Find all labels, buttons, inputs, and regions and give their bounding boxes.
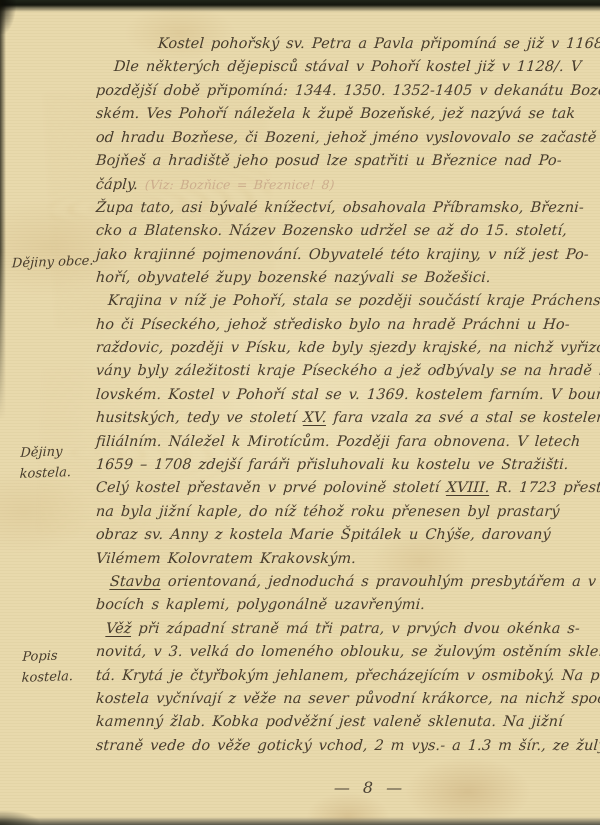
handwritten-text: XVIII.	[446, 480, 490, 496]
handwritten-text: pozdější době připomíná: 1344. 1350. 135…	[95, 83, 600, 99]
handwritten-text: raždovic, později v Písku, kde byly sjez…	[95, 340, 600, 356]
handwritten-text: Kostel pohořský sv. Petra a Pavla připom…	[157, 36, 600, 52]
manuscript-line: pozdější době připomíná: 1344. 1350. 135…	[95, 80, 600, 103]
manuscript-line: Věž při západní straně má tři patra, v p…	[95, 618, 600, 641]
handwritten-text: kamenný žlab. Kobka podvěžní jest valeně…	[95, 714, 563, 730]
manuscript-line: straně vede do věže gotický vchod, 2 m v…	[95, 735, 600, 758]
manuscript-line: lovském. Kostel v Pohoří stal se v. 1369…	[95, 384, 600, 407]
margin-note: Popiskostela.	[21, 645, 74, 689]
handwritten-text: bocích s kaplemi, polygonálně uzavřenými…	[95, 597, 425, 613]
manuscript-line: Župa tato, asi bývalé knížectví, obsahov…	[95, 197, 600, 220]
margin-note-line: Dějiny obce.	[12, 251, 94, 275]
handwritten-text: fara vzala za své a stal se kostelem	[326, 410, 600, 426]
margin-note: Dějinykostela.	[19, 441, 72, 485]
manuscript-line: husitských, tedy ve století XV. fara vza…	[95, 407, 600, 430]
handwritten-text: kostela vyčnívají z věže na sever původn…	[95, 691, 600, 707]
handwritten-text: na byla jižní kaple, do níž téhož roku p…	[95, 504, 560, 520]
handwritten-text: orientovaná, jednoduchá s pravouhlým pre…	[160, 574, 596, 590]
margin-note-line: kostela.	[21, 666, 73, 689]
margin-note-line: kostela.	[19, 462, 71, 485]
handwritten-text: lovském. Kostel v Pohoří stal se v. 1369…	[95, 387, 600, 403]
handwritten-text: husitských, tedy ve století	[95, 410, 304, 426]
manuscript-line: bocích s kaplemi, polygonálně uzavřenými…	[95, 594, 600, 617]
scan-edge-bottom	[0, 817, 600, 825]
scan-edge-left	[0, 0, 6, 420]
scan-edge-corner	[0, 811, 40, 825]
manuscript-line: Celý kostel přestavěn v prvé polovině st…	[95, 477, 600, 500]
manuscript-line: ském. Ves Pohoří náležela k župě Bozeňsk…	[95, 103, 600, 126]
manuscript-line: cko a Blatensko. Název Bozensko udržel s…	[95, 220, 600, 243]
manuscript-line: Bojňeš a hradiště jeho posud lze spatřit…	[95, 150, 600, 173]
manuscript-line: vány byly záležitosti kraje Píseckého a …	[95, 360, 600, 383]
manuscript-line: Dle některých dějepisců stával v Pohoří …	[95, 56, 600, 79]
faded-annotation: (Viz: Bozňice = Březnice! 8)	[144, 177, 335, 192]
manuscript-line: Stavba orientovaná, jednoduchá s pravouh…	[95, 571, 600, 594]
manuscript-page: Kostel pohořský sv. Petra a Pavla připom…	[0, 0, 600, 825]
handwritten-text: Bojňeš a hradiště jeho posud lze spatřit…	[95, 153, 562, 169]
text-block: Kostel pohořský sv. Petra a Pavla připom…	[95, 33, 600, 758]
handwritten-text: Věž	[105, 621, 132, 637]
handwritten-text: čáply.	[95, 177, 145, 193]
manuscript-line: čáply. (Viz: Bozňice = Březnice! 8)	[95, 173, 600, 196]
handwritten-text: 1659 – 1708 zdejší faráři přisluhovali k…	[95, 457, 569, 473]
manuscript-line: 1659 – 1708 zdejší faráři přisluhovali k…	[95, 454, 600, 477]
manuscript-line: Vilémem Kolovratem Krakovským.	[95, 548, 600, 571]
handwritten-text: ském. Ves Pohoří náležela k župě Bozeňsk…	[95, 106, 575, 122]
handwritten-text: Celý kostel přestavěn v prvé polovině st…	[95, 480, 447, 496]
handwritten-text: od hradu Bozňese, či Bozeni, jehož jméno…	[95, 130, 597, 146]
handwritten-text: Dle některých dějepisců stával v Pohoří …	[113, 59, 582, 75]
handwritten-text: Vilémem Kolovratem Krakovským.	[95, 551, 356, 567]
manuscript-line: hoří, obyvatelé župy bozenské nazývali s…	[95, 267, 600, 290]
handwritten-text: hoří, obyvatelé župy bozenské nazývali s…	[95, 270, 491, 286]
handwritten-text: obraz sv. Anny z kostela Marie Špitálek …	[95, 527, 551, 543]
manuscript-line: tá. Krytá je čtyřbokým jehlanem, přecház…	[95, 665, 600, 688]
handwritten-text: novitá, v 3. velká do lomeného oblouku, …	[95, 644, 600, 660]
handwritten-text: Stavba	[109, 574, 161, 590]
manuscript-line: od hradu Bozňese, či Bozeni, jehož jméno…	[95, 127, 600, 150]
handwritten-text: cko a Blatensko. Název Bozensko udržel s…	[95, 223, 567, 239]
handwritten-text: Župa tato, asi bývalé knížectví, obsahov…	[95, 200, 584, 216]
manuscript-line: filiálním. Náležel k Mirotícům. Později …	[95, 431, 600, 454]
handwritten-text: filiálním. Náležel k Mirotícům. Později …	[95, 434, 581, 450]
margin-note: Dějiny obce.	[12, 251, 94, 275]
manuscript-line: raždovic, později v Písku, kde byly sjez…	[95, 337, 600, 360]
handwritten-text: tá. Krytá je čtyřbokým jehlanem, přecház…	[95, 668, 600, 684]
scan-edge-top	[0, 0, 600, 12]
manuscript-line: novitá, v 3. velká do lomeného oblouku, …	[95, 641, 600, 664]
handwritten-text: jako krajinné pojmenování. Obyvatelé tét…	[95, 247, 589, 263]
manuscript-line: Kostel pohořský sv. Petra a Pavla připom…	[95, 33, 600, 56]
manuscript-line: Krajina v níž je Pohoří, stala se pozděj…	[95, 290, 600, 313]
manuscript-line: jako krajinné pojmenování. Obyvatelé tét…	[95, 244, 600, 267]
handwritten-text: straně vede do věže gotický vchod, 2 m v…	[95, 738, 600, 754]
handwritten-text: vány byly záležitosti kraje Píseckého a …	[95, 363, 600, 379]
manuscript-line: na byla jižní kaple, do níž téhož roku p…	[95, 501, 600, 524]
handwritten-text: při západní straně má tři patra, v prvýc…	[131, 621, 581, 637]
margin-note-line: Dějiny	[20, 441, 72, 464]
manuscript-line: kostela vyčnívají z věže na sever původn…	[95, 688, 600, 711]
handwritten-text: R. 1723 přestavě-	[489, 480, 600, 496]
manuscript-line: obraz sv. Anny z kostela Marie Špitálek …	[95, 524, 600, 547]
handwritten-text: Krajina v níž je Pohoří, stala se pozděj…	[107, 293, 600, 309]
handwritten-text: ho či Píseckého, jehož středisko bylo na…	[95, 317, 570, 333]
handwritten-text: XV.	[303, 410, 327, 426]
margin-note-line: Popis	[22, 645, 74, 668]
manuscript-line: ho či Píseckého, jehož středisko bylo na…	[95, 314, 600, 337]
manuscript-line: kamenný žlab. Kobka podvěžní jest valeně…	[95, 711, 600, 734]
page-number: — 8 —	[300, 778, 440, 797]
